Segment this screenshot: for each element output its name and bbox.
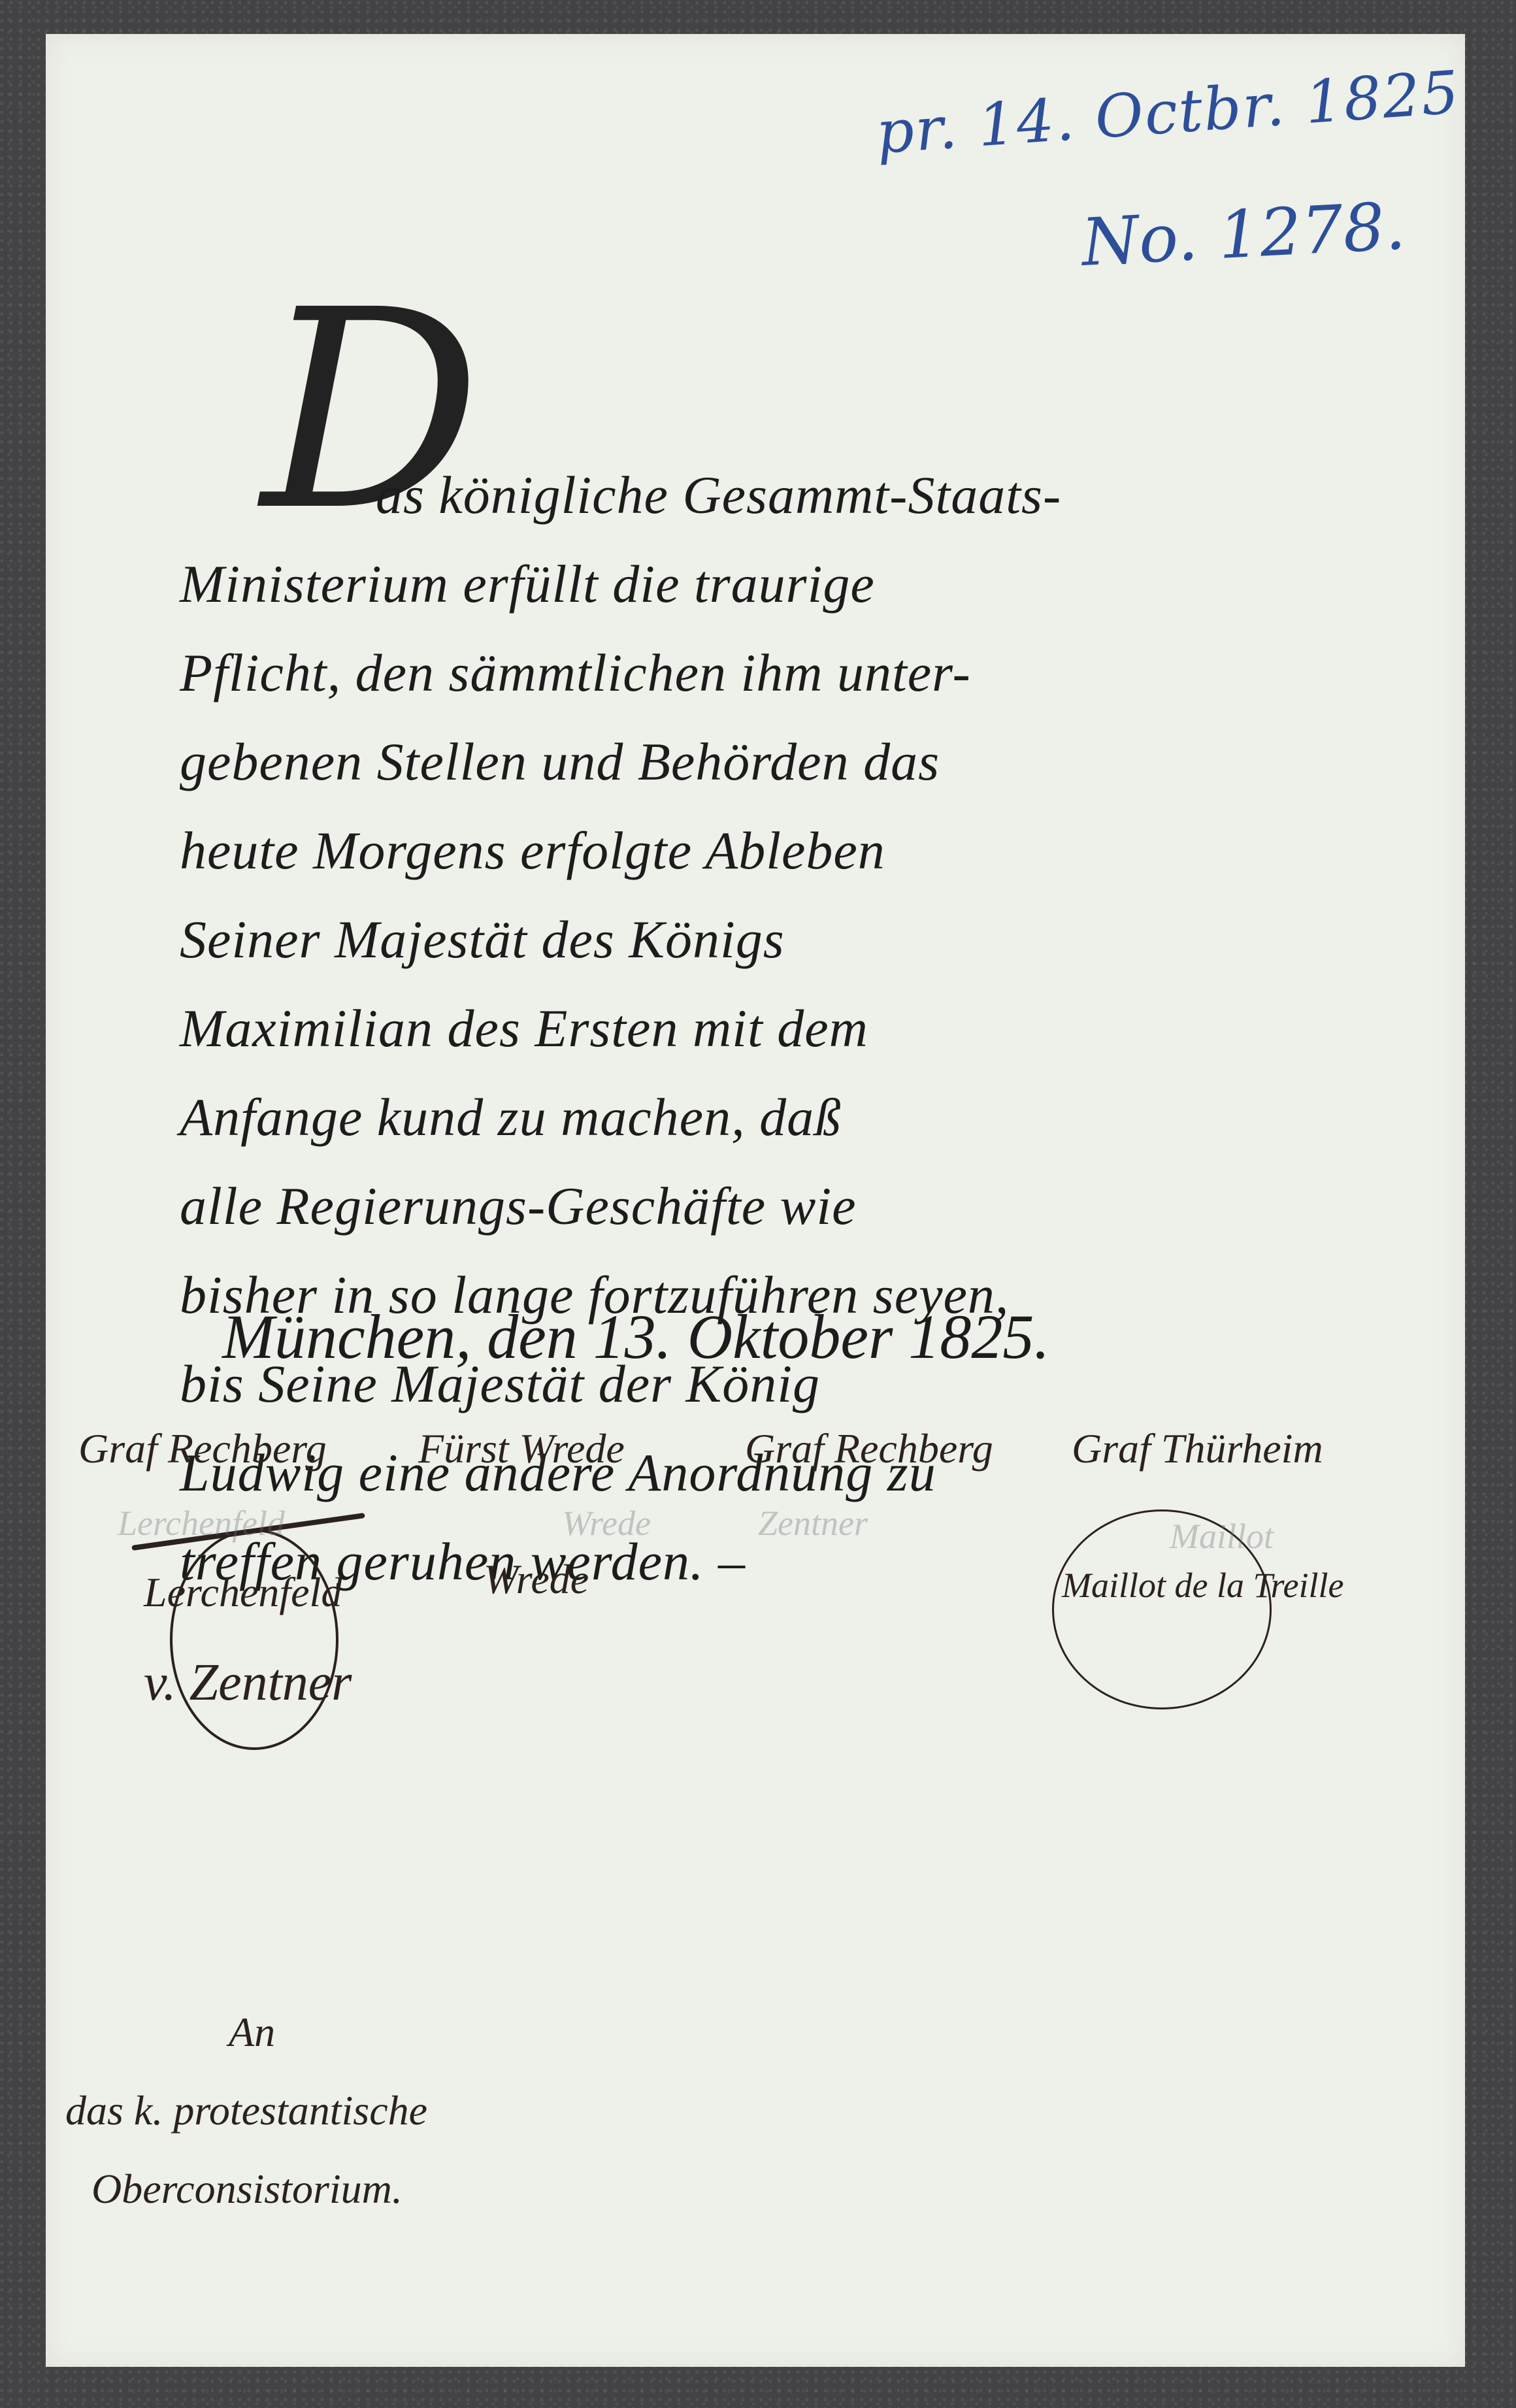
- addressee-line: An: [65, 1993, 427, 2071]
- signature-graf-rechberg: Graf Rechberg: [78, 1425, 327, 1473]
- pencil-note: Wrede: [562, 1503, 651, 1543]
- body-line: Maximilian des Ersten mit dem: [180, 984, 1330, 1073]
- body-line: Pflicht, den sämmtlichen ihm unter-: [180, 629, 1330, 717]
- signature-lerchenfeld: Lerchenfeld: [144, 1568, 342, 1617]
- pencil-note: Lerchenfeld: [118, 1503, 285, 1543]
- body-line: alle Regierungs-Geschäfte wie: [180, 1162, 1330, 1251]
- signature-wrede: Wrede: [484, 1555, 589, 1604]
- addressee-block: An das k. protestantische Oberconsistori…: [65, 1993, 427, 2228]
- place-and-date: München, den 13. Oktober 1825.: [222, 1300, 1049, 1373]
- body-line: Seiner Majestät des Königs: [180, 895, 1330, 984]
- signature-thuerheim: Graf Thürheim: [1072, 1425, 1323, 1473]
- signature-zentner: v. Zentner: [144, 1653, 352, 1713]
- body-line: Anfange kund zu machen, daß: [180, 1073, 1330, 1162]
- addressee-line: das k. protestantische: [65, 2071, 427, 2150]
- body-line: heute Morgens erfolgte Ableben: [180, 806, 1330, 895]
- pencil-note: Zentner: [758, 1503, 868, 1543]
- pencil-note: Maillot: [1170, 1516, 1274, 1557]
- body-line: Ministerium erfüllt die traurige: [180, 540, 1330, 629]
- body-line: as königliche Gesammt-Staats-: [180, 451, 1330, 540]
- signature-maillot: Maillot de la Treille: [1062, 1565, 1343, 1606]
- body-line: gebenen Stellen und Behörden das: [180, 717, 1330, 806]
- signature-fuerst-wrede: Fürst Wrede: [418, 1425, 625, 1473]
- signature-loop: [170, 1529, 338, 1750]
- addressee-line: Oberconsistorium.: [65, 2150, 427, 2228]
- signature-rechberg: Graf Rechberg: [745, 1425, 993, 1473]
